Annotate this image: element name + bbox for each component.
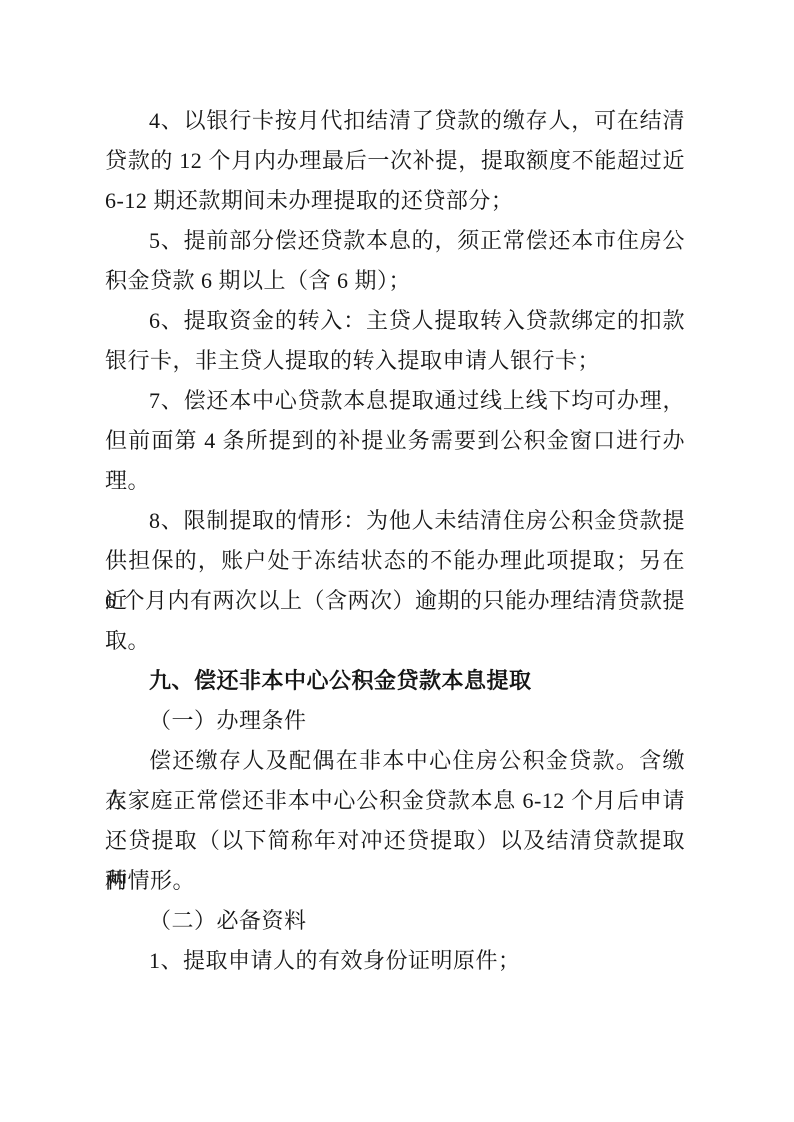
text-line: 种情形。 (105, 861, 685, 901)
text-line: 5、提前部分偿还贷款本息的，须正常偿还本市住房公 (105, 221, 685, 261)
document-body: 4、以银行卡按月代扣结清了贷款的缴存人，可在结清贷款的 12 个月内办理最后一次… (105, 101, 685, 981)
section-heading: 九、偿还非本中心公积金贷款本息提取 (105, 661, 685, 701)
text-line: 贷款的 12 个月内办理最后一次补提，提取额度不能超过近 (105, 141, 685, 181)
text-line: 人家庭正常偿还非本中心公积金贷款本息 6-12 个月后申请 (105, 781, 685, 821)
text-line: 6-12 期还款期间未办理提取的还贷部分； (105, 181, 685, 221)
document-page: 4、以银行卡按月代扣结清了贷款的缴存人，可在结清贷款的 12 个月内办理最后一次… (0, 0, 794, 1122)
text-line: 但前面第 4 条所提到的补提业务需要到公积金窗口进行办 (105, 421, 685, 461)
text-line: 还贷提取（以下简称年对冲还贷提取）以及结清贷款提取两 (105, 821, 685, 861)
text-line: 6、提取资金的转入：主贷人提取转入贷款绑定的扣款 (105, 301, 685, 341)
text-line: 银行卡，非主贷人提取的转入提取申请人银行卡； (105, 341, 685, 381)
text-line: （一）办理条件 (105, 701, 685, 741)
text-line: 1、提取申请人的有效身份证明原件； (105, 941, 685, 981)
text-line: （二）必备资料 (105, 901, 685, 941)
text-line: 偿还缴存人及配偶在非本中心住房公积金贷款。含缴存 (105, 741, 685, 781)
text-line: 8、限制提取的情形：为他人未结清住房公积金贷款提 (105, 501, 685, 541)
text-line: 6 个月内有两次以上（含两次）逾期的只能办理结清贷款提 (105, 581, 685, 621)
text-line: 4、以银行卡按月代扣结清了贷款的缴存人，可在结清 (105, 101, 685, 141)
text-line: 供担保的，账户处于冻结状态的不能办理此项提取；另在近 (105, 541, 685, 581)
text-line: 理。 (105, 461, 685, 501)
text-line: 7、偿还本中心贷款本息提取通过线上线下均可办理， (105, 381, 685, 421)
text-line: 积金贷款 6 期以上（含 6 期）； (105, 261, 685, 301)
text-line: 取。 (105, 621, 685, 661)
